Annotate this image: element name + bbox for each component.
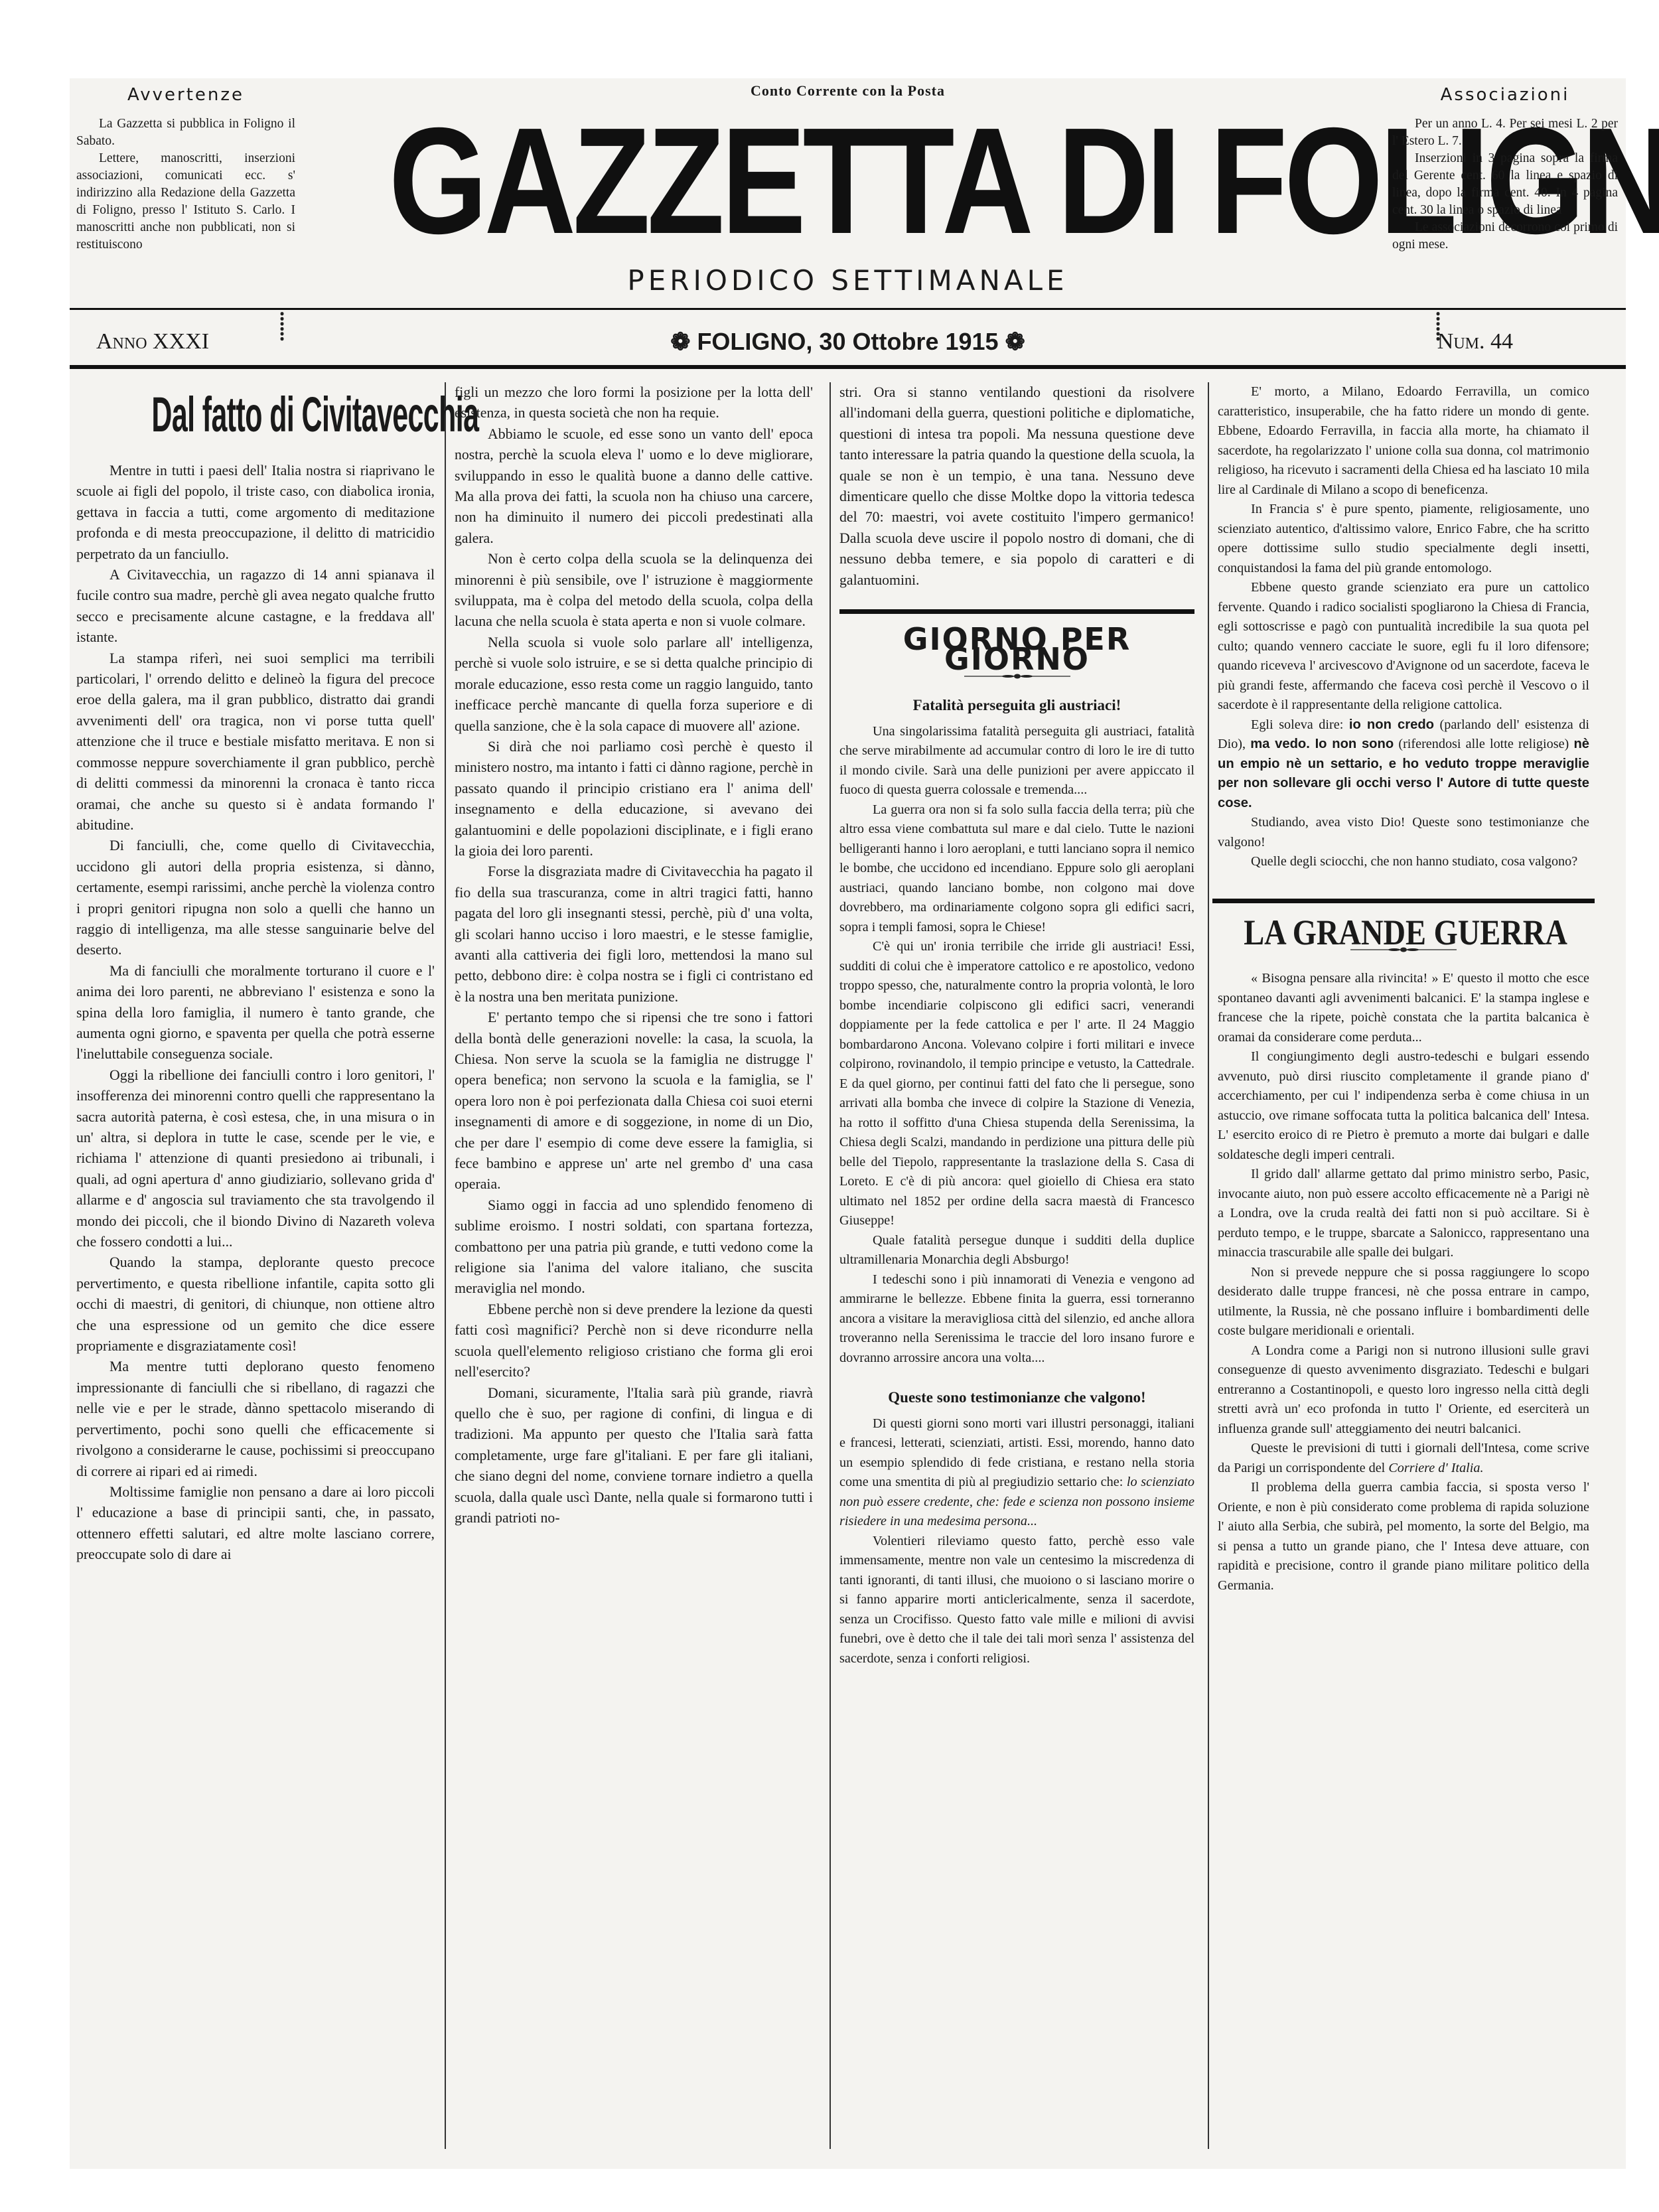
paragraph: Ebbene questo grande scienziato era pure… xyxy=(1218,578,1589,715)
masthead-rule xyxy=(70,308,1626,310)
section-rule xyxy=(839,609,1194,614)
paragraph: Una singolarissima fatalità perseguita g… xyxy=(839,722,1194,800)
paragraph: Di fanciulli, che, come quello di Civita… xyxy=(76,836,435,960)
headline-grande-guerra: LA GRANDE GUERRA xyxy=(1244,923,1563,943)
bold-quote: ma vedo. Io non sono xyxy=(1250,737,1394,751)
paragraph: Studiando, avea visto Dio! Queste sono t… xyxy=(1218,813,1589,852)
newspaper-subtitle: PERIODICO SETTIMANALE xyxy=(70,264,1626,297)
column-1: Dal fatto di Civitavecchia Mentre in tut… xyxy=(76,382,435,2156)
avvertenze-box: Avvertenze La Gazzetta si pubblica in Fo… xyxy=(76,86,295,254)
newspaper-page: Conto Corrente con la Posta Avvertenze L… xyxy=(70,78,1626,2169)
paragraph: Il problema della guerra cambia faccia, … xyxy=(1218,1478,1589,1595)
paragraph: I tedeschi sono i più innamorati di Vene… xyxy=(839,1270,1194,1368)
paragraph: Volentieri rileviamo questo fatto, perch… xyxy=(839,1532,1194,1669)
fleuron-left-icon: ❁ xyxy=(670,328,697,355)
paragraph: figli un mezzo che loro formi la posizio… xyxy=(455,382,813,424)
avvertenze-text: La Gazzetta si pubblica in Foligno il Sa… xyxy=(76,115,295,150)
paragraph: La stampa riferì, nei suoi semplici ma t… xyxy=(76,648,435,836)
paragraph: Nella scuola si vuole solo parlare all' … xyxy=(455,632,813,737)
column-4: E' morto, a Milano, Edoardo Ferravilla, … xyxy=(1218,382,1589,2156)
paragraph: Oggi la ribellione dei fanciulli contro … xyxy=(76,1065,435,1253)
avvertenze-text: Lettere, manoscritti, inserzioni associa… xyxy=(76,150,295,254)
section-rule xyxy=(1212,899,1595,903)
masthead: Conto Corrente con la Posta Avvertenze L… xyxy=(70,78,1626,304)
paragraph: C'è qui un' ironia terribile che irride … xyxy=(839,937,1194,1231)
section-title-giorno-per-giorno: GIORNO PER GIORNO xyxy=(839,630,1194,669)
date-text: FOLIGNO, 30 Ottobre 1915 xyxy=(697,328,998,355)
paragraph: E' pertanto tempo che si ripensi che tre… xyxy=(455,1007,813,1195)
issue-number: Num. 44 xyxy=(1437,329,1513,354)
newspaper-title: GAZZETTA DI FOLIGNO xyxy=(389,111,1300,251)
paragraph: Il congiungimento degli austro-tedeschi … xyxy=(1218,1047,1589,1165)
paragraph: Siamo oggi in faccia ad uno splendido fe… xyxy=(455,1195,813,1299)
bold-quote: io non credo xyxy=(1349,717,1434,732)
paragraph: « Bisogna pensare alla rivincita! » E' q… xyxy=(1218,969,1589,1047)
paragraph: A Londra come a Parigi non si nutrono il… xyxy=(1218,1341,1589,1439)
paragraph: Egli soleva dire: io non credo (parlando… xyxy=(1218,715,1589,814)
subhead-fatalita: Fatalità perseguita gli austriaci! xyxy=(839,696,1194,715)
associazioni-text: Inserzioni in 3 pagina sopra la firma de… xyxy=(1392,150,1618,219)
paragraph: Queste le previsioni di tutti i giornali… xyxy=(1218,1439,1589,1478)
paragraph: In Francia s' è pure spento, piamente, r… xyxy=(1218,500,1589,578)
subhead-testimonianze: Queste sono testimonianze che valgono! xyxy=(839,1388,1194,1408)
paragraph: E' morto, a Milano, Edoardo Ferravilla, … xyxy=(1218,382,1589,500)
paragraph: Forse la disgraziata madre di Civitavecc… xyxy=(455,861,813,1007)
paragraph: La guerra ora non si fa solo sulla facci… xyxy=(839,800,1194,938)
dateline: Anno XXXI ⸽ ❁ FOLIGNO, 30 Ottobre 1915 ❁… xyxy=(70,315,1626,368)
text-run: Egli soleva dire: xyxy=(1251,717,1349,732)
paragraph: Il grido dall' allarme gettato dal primo… xyxy=(1218,1165,1589,1263)
associazioni-heading: Associazioni xyxy=(1392,86,1618,104)
column-3: stri. Ora si stanno ventilando questioni… xyxy=(839,382,1194,2156)
dateline-rule xyxy=(70,365,1626,369)
paragraph: Abbiamo le scuole, ed esse sono un vanto… xyxy=(455,424,813,549)
paragraph: Ma mentre tutti deplorano questo fenomen… xyxy=(76,1357,435,1481)
paragraph: A Civitavecchia, un ragazzo di 14 anni s… xyxy=(76,565,435,648)
fleuron-right-icon: ❁ xyxy=(999,328,1025,355)
date-place: ❁ FOLIGNO, 30 Ottobre 1915 ❁ xyxy=(70,328,1626,356)
paragraph: Domani, sicuramente, l'Italia sarà più g… xyxy=(455,1383,813,1529)
paragraph: Ebbene perchè non si deve prendere la le… xyxy=(455,1299,813,1383)
paragraph: stri. Ora si stanno ventilando questioni… xyxy=(839,382,1194,591)
paragraph: Mentre in tutti i paesi dell' Italia nos… xyxy=(76,461,435,565)
paragraph: Non si prevede neppure che si possa ragg… xyxy=(1218,1263,1589,1341)
paragraph: Si dirà che noi parliamo così perchè è q… xyxy=(455,737,813,861)
paragraph: Non è certo colpa della scuola se la del… xyxy=(455,549,813,632)
associazioni-text: Le associazioni decorrono col primo di o… xyxy=(1392,219,1618,254)
paragraph: Quando la stampa, deplorante questo prec… xyxy=(76,1252,435,1357)
text-run: (riferendosi alle lotte religiose) xyxy=(1394,737,1573,751)
paragraph: Quelle degli sciocchi, che non hanno stu… xyxy=(1218,852,1589,872)
avvertenze-heading: Avvertenze xyxy=(76,86,295,104)
paragraph: Di questi giorni sono morti vari illustr… xyxy=(839,1414,1194,1532)
column-2: figli un mezzo che loro formi la posizio… xyxy=(455,382,813,2156)
associazioni-box: Associazioni Per un anno L. 4. Per sei m… xyxy=(1392,86,1618,254)
associazioni-text: Per un anno L. 4. Per sei mesi L. 2 per … xyxy=(1392,115,1618,150)
columns: Dal fatto di Civitavecchia Mentre in tut… xyxy=(70,376,1626,2169)
paragraph: Ma di fanciulli che moralmente torturano… xyxy=(76,961,435,1065)
headline-civitavecchia: Dal fatto di Civitavecchia xyxy=(151,386,359,443)
italic-source: Corriere d' Italia. xyxy=(1388,1461,1483,1475)
paragraph: Quale fatalità persegue dunque i sudditi… xyxy=(839,1231,1194,1270)
paragraph: Moltissime famiglie non pensano a dare a… xyxy=(76,1482,435,1566)
